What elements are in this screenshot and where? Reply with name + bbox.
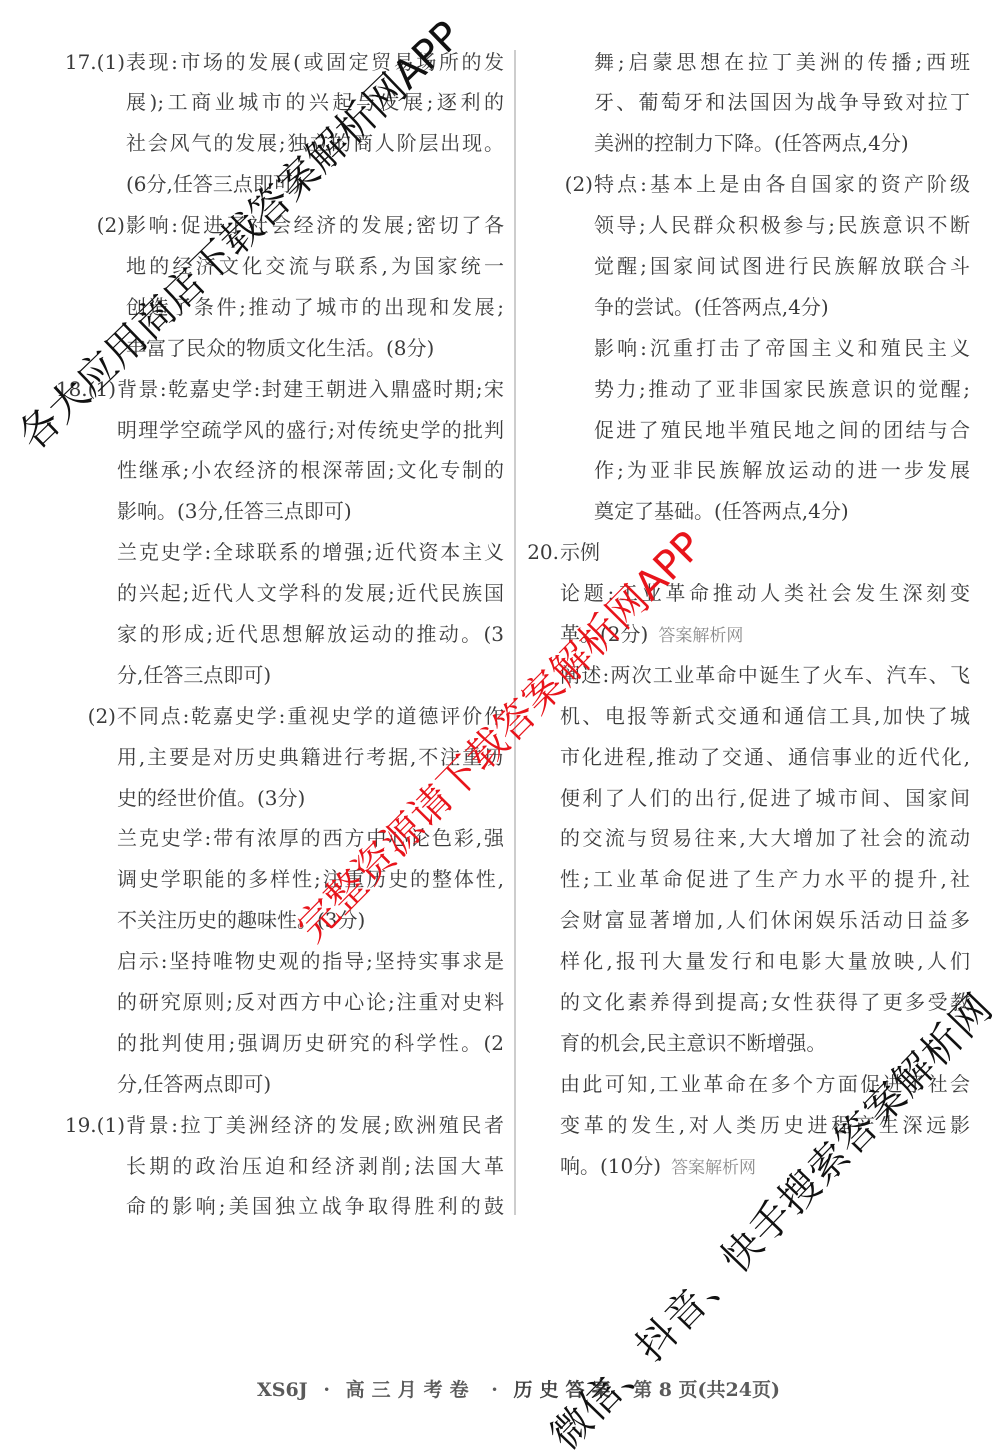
answer-line: 性;工业革命促进了生产力水平的提升,社 bbox=[560, 859, 970, 900]
answer-line: 阐述:两次工业革命中诞生了火车、汽车、飞 bbox=[560, 655, 970, 696]
page-footer: XS6J · 高三月考卷 · 历史答案 第 8 页(共24页) bbox=[257, 1376, 780, 1404]
answer-line: 的交流与贸易往来,大大增加了社会的流动 bbox=[560, 818, 970, 859]
answer-line: 美洲的控制力下降。(任答两点,4分) bbox=[594, 123, 970, 164]
answer-line: 影响:沉重打击了帝国主义和殖民主义 bbox=[594, 328, 970, 369]
answer-line: 样化,报刊大量发行和电影大量放映,人们 bbox=[560, 941, 970, 982]
line-text: 阐述:两次工业革命中诞生了火车、汽车、飞 bbox=[560, 663, 970, 687]
line-text: 牙、葡萄牙和法国因为战争导致对拉丁 bbox=[594, 90, 970, 114]
line-text: 命的影响;美国独立战争取得胜利的鼓 bbox=[126, 1194, 504, 1218]
paper-code: XS6J bbox=[257, 1376, 308, 1404]
line-text: 育的机会,民主意识不断增强。 bbox=[560, 1031, 826, 1055]
line-text: 会财富显著增加,人们休闲娱乐活动日益多 bbox=[560, 908, 970, 932]
line-text: 领导;人民群众积极参与;民族意识不断 bbox=[594, 213, 970, 237]
answer-line: 的文化素养得到提高;女性获得了更多受教 bbox=[560, 982, 970, 1023]
answer-line: 命的影响;美国独立战争取得胜利的鼓 bbox=[126, 1186, 504, 1227]
source-note: 答案解析网 bbox=[671, 1158, 756, 1178]
line-text: 市化进程,推动了交通、通信事业的近代化, bbox=[560, 745, 970, 769]
answer-line: 觉醒;国家间试图进行民族解放联合斗 bbox=[594, 246, 970, 287]
line-text: 争的尝试。(任答两点,4分) bbox=[594, 295, 829, 319]
source-note: 答案解析网 bbox=[658, 626, 743, 646]
line-text: 机、电报等新式交通和通信工具,加快了城 bbox=[560, 704, 970, 728]
line-text: 特点:基本上是由各自国家的资产阶级 bbox=[594, 172, 970, 196]
answer-line: 机、电报等新式交通和通信工具,加快了城 bbox=[560, 696, 970, 737]
answer-line: 舞;启蒙思想在拉丁美洲的传播;西班 bbox=[594, 42, 970, 83]
right-column: 舞;启蒙思想在拉丁美洲的传播;西班 牙、葡萄牙和法国因为战争导致对拉丁 美洲的控… bbox=[0, 42, 1000, 1187]
part-number: (2) bbox=[565, 164, 594, 205]
line-text: 性;工业革命促进了生产力水平的提升,社 bbox=[560, 867, 970, 891]
answer-line: 作;为亚非民族解放运动的进一步发展 bbox=[594, 450, 970, 491]
answer-line: 势力;推动了亚非国家民族意识的觉醒; bbox=[594, 369, 970, 410]
line-text: 奠定了基础。(任答两点,4分) bbox=[594, 499, 849, 523]
line-text: 影响:沉重打击了帝国主义和殖民主义 bbox=[594, 336, 970, 360]
exam-name: 高三月考卷 bbox=[346, 1376, 476, 1404]
answer-line: 市化进程,推动了交通、通信事业的近代化, bbox=[560, 737, 970, 778]
line-text: 示例 bbox=[560, 540, 600, 564]
line-text: 促进了殖民地半殖民地之间的团结与合 bbox=[594, 418, 970, 442]
line-text: 的交流与贸易往来,大大增加了社会的流动 bbox=[560, 826, 970, 850]
line-text: 便利了人们的出行,促进了城市间、国家间 bbox=[560, 786, 970, 810]
line-text: 美洲的控制力下降。(任答两点,4分) bbox=[594, 131, 909, 155]
answer-line: 响。(10分)答案解析网 bbox=[560, 1146, 970, 1187]
line-text: 变革的发生,对人类历史进程产生深远影 bbox=[560, 1113, 970, 1137]
line-text: 势力;推动了亚非国家民族意识的觉醒; bbox=[594, 377, 970, 401]
answer-line: 领导;人民群众积极参与;民族意识不断 bbox=[594, 205, 970, 246]
line-text: 作;为亚非民族解放运动的进一步发展 bbox=[594, 458, 970, 482]
line-text: 响。(10分) bbox=[560, 1154, 661, 1178]
answer-line: 便利了人们的出行,促进了城市间、国家间 bbox=[560, 778, 970, 819]
answer-line: 奠定了基础。(任答两点,4分) bbox=[594, 491, 970, 532]
answer-line-q20: 20.示例 bbox=[560, 532, 970, 573]
line-text: 舞;启蒙思想在拉丁美洲的传播;西班 bbox=[594, 50, 970, 74]
page-number: 第 8 页(共24页) bbox=[633, 1376, 780, 1404]
question-number: 20. bbox=[527, 532, 560, 573]
answer-line: 会财富显著增加,人们休闲娱乐活动日益多 bbox=[560, 900, 970, 941]
footer-separator: · bbox=[491, 1376, 498, 1404]
answer-line: 牙、葡萄牙和法国因为战争导致对拉丁 bbox=[594, 82, 970, 123]
line-text: 觉醒;国家间试图进行民族解放联合斗 bbox=[594, 254, 970, 278]
footer-separator: · bbox=[323, 1376, 330, 1404]
answer-line: 争的尝试。(任答两点,4分) bbox=[594, 287, 970, 328]
answer-line: (2)特点:基本上是由各自国家的资产阶级 bbox=[594, 164, 970, 205]
line-text: 样化,报刊大量发行和电影大量放映,人们 bbox=[560, 949, 970, 973]
answer-line: 促进了殖民地半殖民地之间的团结与合 bbox=[594, 410, 970, 451]
line-text: 的文化素养得到提高;女性获得了更多受教 bbox=[560, 990, 970, 1014]
